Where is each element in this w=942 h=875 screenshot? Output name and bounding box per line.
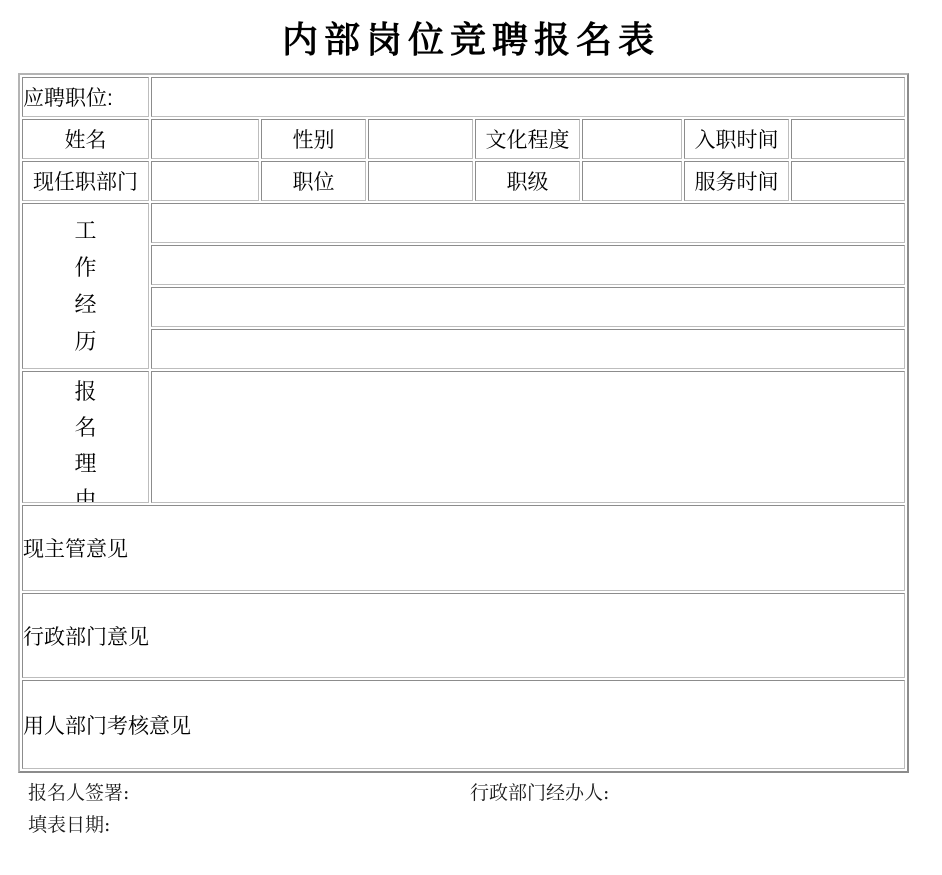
label-opinion-hiring: 用人部门考核意见 (23, 715, 191, 738)
field-current-department[interactable] (151, 161, 259, 201)
work-experience-row[interactable] (151, 287, 905, 327)
row-applied-position: 应聘职位: (22, 77, 905, 117)
row-basic-2: 现任职部门 职位 职级 服务时间 (22, 161, 905, 201)
field-hire-date[interactable] (791, 119, 905, 159)
row-opinion-hiring: 用人部门考核意见 (22, 680, 905, 769)
admin-handler-label: 行政部门经办人: (470, 781, 609, 805)
label-opinion-admin: 行政部门意见 (23, 626, 149, 649)
field-applied-position[interactable] (151, 77, 905, 117)
page: 内部岗位竞聘报名表 应聘职位: 姓名 性别 文化程度 入职时间 现任职部门 职位 (0, 0, 942, 875)
applicant-signature-label: 报名人签署: (28, 782, 129, 804)
field-rank[interactable] (582, 161, 682, 201)
label-service-time: 服务时间 (684, 161, 789, 201)
work-experience-vertical-text: 工作经历 (75, 212, 97, 360)
page-title: 内部岗位竞聘报名表 (0, 12, 942, 63)
opinion-supervisor-cell[interactable]: 现主管意见 (22, 505, 905, 591)
row-work-experience-1: 工作经历 (22, 203, 905, 243)
label-opinion-supervisor: 现主管意见 (23, 538, 128, 561)
work-experience-row[interactable] (151, 203, 905, 243)
footer-row-1: 报名人签署: 行政部门经办人: (28, 781, 942, 813)
label-applied-position: 应聘职位: (22, 77, 149, 117)
label-application-reason: 报名理由 (22, 371, 149, 503)
field-gender[interactable] (368, 119, 473, 159)
label-rank: 职级 (475, 161, 580, 201)
label-position: 职位 (261, 161, 366, 201)
row-basic-1: 姓名 性别 文化程度 入职时间 (22, 119, 905, 159)
label-current-department: 现任职部门 (22, 161, 149, 201)
label-gender: 性别 (261, 119, 366, 159)
row-work-experience-4 (22, 329, 905, 369)
field-position[interactable] (368, 161, 473, 201)
label-hire-date: 入职时间 (684, 119, 789, 159)
row-application-reason: 报名理由 (22, 371, 905, 503)
label-education: 文化程度 (475, 119, 580, 159)
field-name[interactable] (151, 119, 259, 159)
row-work-experience-2 (22, 245, 905, 285)
field-application-reason[interactable] (151, 371, 905, 503)
row-work-experience-3 (22, 287, 905, 327)
form-footer: 报名人签署: 行政部门经办人: 填表日期: (28, 781, 942, 845)
row-opinion-admin: 行政部门意见 (22, 593, 905, 678)
application-form-table: 应聘职位: 姓名 性别 文化程度 入职时间 现任职部门 职位 职级 服务时间 (18, 73, 909, 773)
row-opinion-supervisor: 现主管意见 (22, 505, 905, 591)
field-education[interactable] (582, 119, 682, 159)
footer-row-2: 填表日期: (28, 813, 942, 845)
field-service-time[interactable] (791, 161, 905, 201)
opinion-hiring-cell[interactable]: 用人部门考核意见 (22, 680, 905, 769)
fill-date-label: 填表日期: (28, 814, 110, 836)
application-reason-vertical-text: 报名理由 (75, 372, 97, 502)
label-name: 姓名 (22, 119, 149, 159)
work-experience-row[interactable] (151, 329, 905, 369)
opinion-admin-cell[interactable]: 行政部门意见 (22, 593, 905, 678)
label-work-experience: 工作经历 (22, 203, 149, 369)
work-experience-row[interactable] (151, 245, 905, 285)
